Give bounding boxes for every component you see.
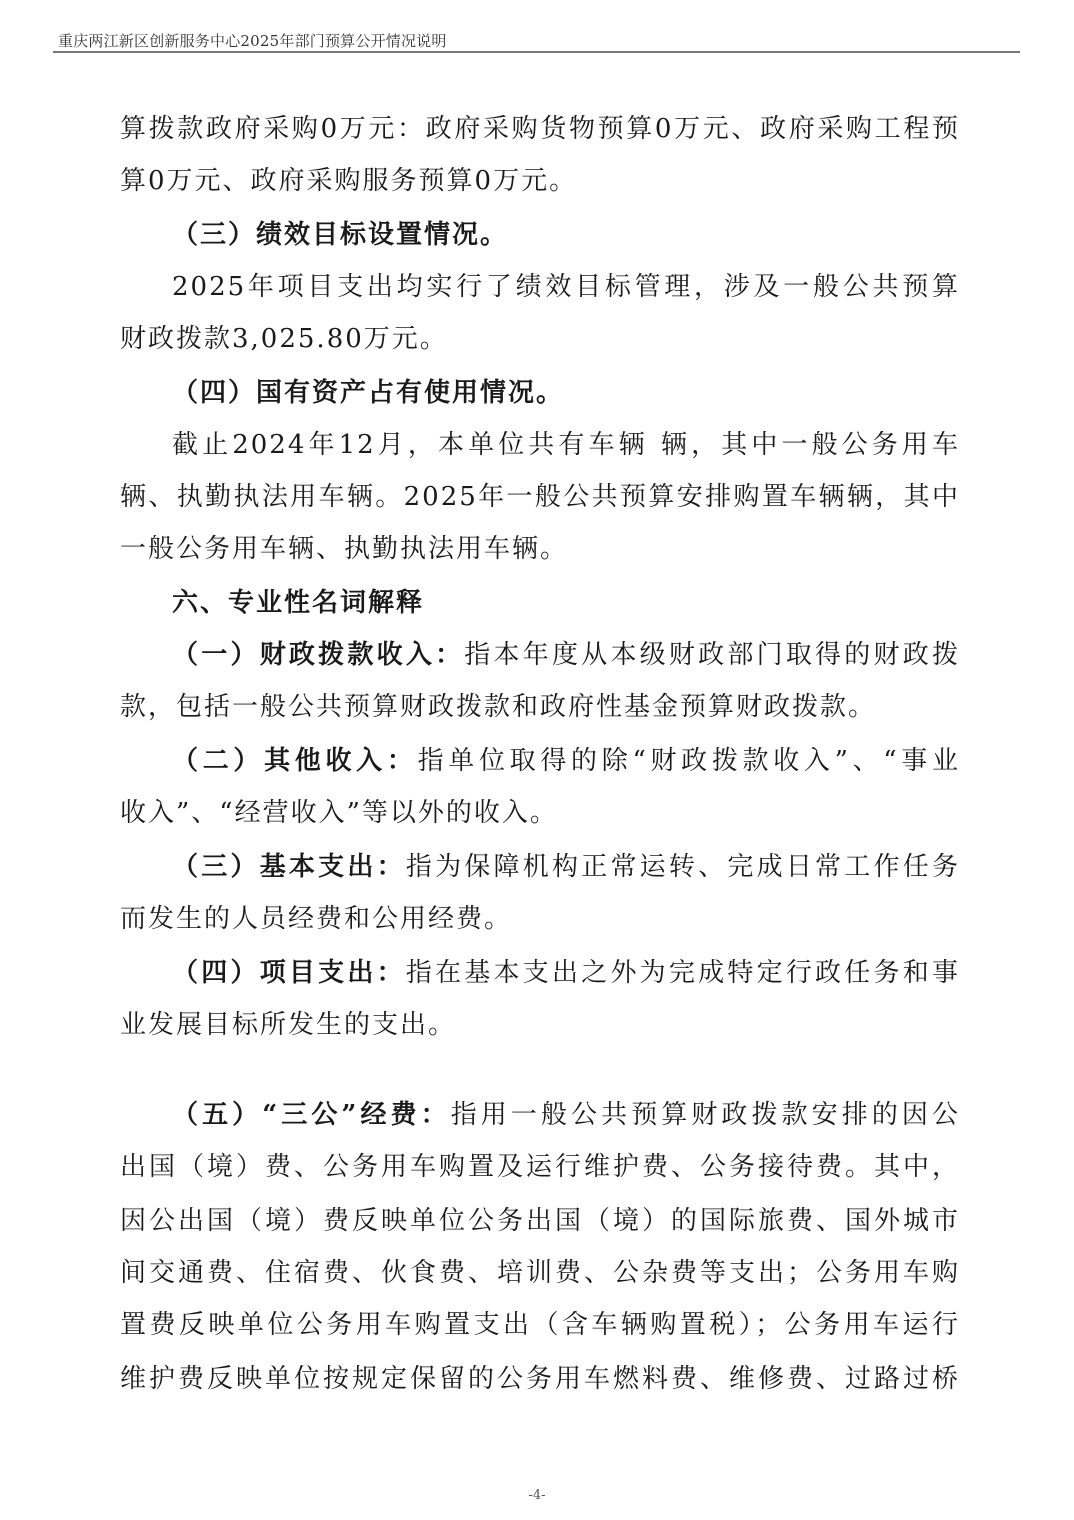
term-text: 指为保障机构正常运转、完成日常工作任务 [406, 852, 960, 882]
paragraph-line: 辆、执勤执法用车辆。2025年一般公共预算安排购置车辆辆，其中 [120, 480, 960, 514]
paragraph-line: 款，包括一般公共预算财政拨款和政府性基金预算财政拨款。 [120, 690, 960, 724]
term-text: 指单位取得的除“财政拨款收入”、“事业 [418, 746, 960, 776]
page-number: -4- [0, 1488, 1074, 1503]
section-heading: 六、专业性名词解释 [120, 586, 960, 620]
term-label: （一）财政拨款收入： [172, 640, 464, 670]
paragraph-line: 间交通费、住宿费、伙食费、培训费、公杂费等支出；公务用车购 [120, 1256, 960, 1290]
term-definition-line: （五）“三公”经费：指用一般公共预算财政拨款安排的因公 [120, 1098, 960, 1132]
paragraph-line: 2025年项目支出均实行了绩效目标管理，涉及一般公共预算 [120, 270, 960, 304]
paragraph-line: 而发生的人员经费和公用经费。 [120, 902, 960, 936]
subsection-heading: （四）国有资产占有使用情况。 [120, 376, 960, 410]
term-label: （二）其他收入： [172, 746, 418, 776]
term-label: （五）“三公”经费： [172, 1100, 451, 1130]
paragraph-line: 一般公务用车辆、执勤执法用车辆。 [120, 532, 960, 566]
term-text: 指本年度从本级财政部门取得的财政拨 [464, 640, 960, 670]
term-label: （四）项目支出： [172, 958, 406, 988]
term-text: 指在基本支出之外为完成特定行政任务和事 [406, 958, 960, 988]
header-rule [53, 51, 1020, 53]
paragraph-line: 算0万元、政府采购服务预算0万元。 [120, 164, 960, 198]
paragraph-line: 因公出国（境）费反映单位公务出国（境）的国际旅费、国外城市 [120, 1204, 960, 1238]
running-header: 重庆两江新区创新服务中心2025年部门预算公开情况说明 [58, 30, 447, 51]
paragraph-line: 维护费反映单位按规定保留的公务用车燃料费、维修费、过路过桥 [120, 1362, 960, 1396]
paragraph-line: 业发展目标所发生的支出。 [120, 1008, 960, 1042]
paragraph-line: 截止2024年12月，本单位共有车辆 辆，其中一般公务用车 [120, 428, 960, 462]
term-definition-line: （一）财政拨款收入：指本年度从本级财政部门取得的财政拨 [120, 638, 960, 672]
paragraph-line: 算拨款政府采购0万元：政府采购货物预算0万元、政府采购工程预 [120, 112, 960, 146]
paragraph-line: 收入”、“经营收入”等以外的收入。 [120, 796, 960, 830]
paragraph-line: 置费反映单位公务用车购置支出（含车辆购置税）；公务用车运行 [120, 1308, 960, 1342]
paragraph-line: 财政拨款3,025.80万元。 [120, 322, 960, 356]
term-text: 指用一般公共预算财政拨款安排的因公 [451, 1100, 960, 1130]
paragraph-line: 出国（境）费、公务用车购置及运行维护费、公务接待费。其中， [120, 1150, 960, 1184]
subsection-heading: （三）绩效目标设置情况。 [120, 218, 960, 252]
term-label: （三）基本支出： [172, 852, 406, 882]
term-definition-line: （三）基本支出：指为保障机构正常运转、完成日常工作任务 [120, 850, 960, 884]
term-definition-line: （二）其他收入：指单位取得的除“财政拨款收入”、“事业 [120, 744, 960, 778]
term-definition-line: （四）项目支出：指在基本支出之外为完成特定行政任务和事 [120, 956, 960, 990]
